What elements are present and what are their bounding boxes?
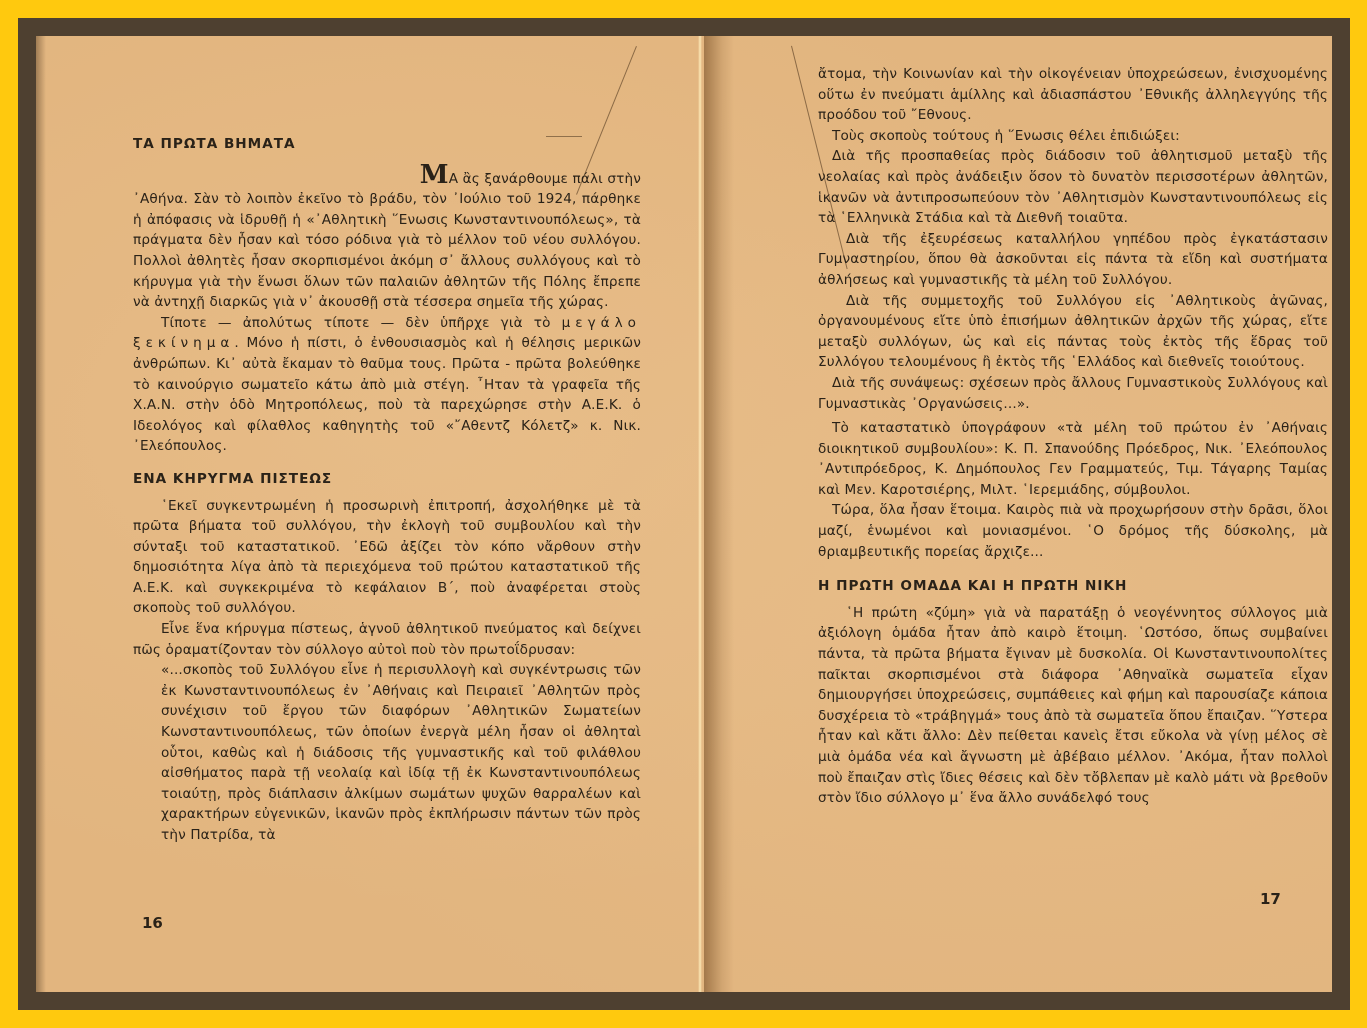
- paragraph: ῾Η πρώτη «ζύμη» γιὰ νὰ παρατάξῃ ὁ νεογέν…: [818, 603, 1328, 809]
- right-page: ἄτομα, τὴν Κοινωνίαν καὶ τὴν οἰκογένειαν…: [708, 36, 1332, 992]
- opening-line: ΜΑ ἂς ξανάρθουμε πάλι στὴν: [133, 165, 641, 190]
- paragraph: Εἶνε ἕνα κήρυγμα πίστεως, ἁγνοῦ ἀθλητικο…: [133, 619, 641, 660]
- page-number: 17: [1260, 890, 1281, 908]
- closing-paragraph: Τώρα, ὅλα ἦσαν ἕτοιμα. Καιρὸς πιὰ νὰ προ…: [818, 500, 1328, 562]
- goals-intro: Τοὺς σκοποὺς τούτους ἡ ῞Ενωσις θέλει ἐπι…: [818, 126, 1328, 147]
- left-page-text: ΤΑ ΠΡΩΤΑ ΒΗΜΑΤΑ ΜΑ ἂς ξανάρθουμε πάλι στ…: [133, 134, 641, 846]
- section-heading-first-team: Η ΠΡΩΤΗ ΟΜΑΔΑ ΚΑΙ Η ΠΡΩΤΗ ΝΙΚΗ: [818, 576, 1328, 597]
- section-heading-sermon-of-faith: ΕΝΑ ΚΗΡΥΓΜΑ ΠΙΣΤΕΩΣ: [133, 469, 641, 490]
- paragraph: ᾿Αθήνα. Σὰν τὸ λοιπὸν ἐκεῖνο τὸ βράδυ, τ…: [133, 189, 641, 313]
- paragraph: Τίποτε — ἀπολύτως τίποτε — δὲν ὑπῆρχε γι…: [133, 313, 641, 457]
- statute-quote: «...σκοπὸς τοῦ Συλλόγου εἶνε ἡ περισυλλο…: [133, 660, 641, 845]
- spine-highlight: [698, 36, 702, 992]
- book-spread: ΤΑ ΠΡΩΤΑ ΒΗΜΑΤΑ ΜΑ ἂς ξανάρθουμε πάλι στ…: [36, 36, 1332, 992]
- paragraph-text: Τίποτε — ἀπολύτως τίποτε — δὲν ὑπῆρχε γι…: [161, 315, 551, 331]
- signatories-paragraph: Τὸ καταστατικὸ ὑπογράφουν «τὰ μέλη τοῦ π…: [818, 418, 1328, 500]
- goal-item: Διὰ τῆς ἐξευρέσεως καταλλήλου γηπέδου πρ…: [818, 229, 1328, 291]
- right-page-text: ἄτομα, τὴν Κοινωνίαν καὶ τὴν οἰκογένειαν…: [818, 64, 1328, 809]
- goal-item: Διὰ τῆς προσπαθείας πρὸς διάδοσιν τοῦ ἀθ…: [818, 146, 1328, 228]
- goal-item: Διὰ τῆς συμμετοχῆς τοῦ Συλλόγου εἰς ᾿Αθλ…: [818, 291, 1328, 373]
- paragraph-text: . Μόνο ἡ πίστι, ὁ ἐνθουσιασμὸς καὶ ἡ θέλ…: [133, 335, 641, 454]
- paragraph: ῾Εκεῖ συγκεντρωμένη ἡ προσωρινὴ ἐπιτροπή…: [133, 496, 641, 620]
- quote-continued: ἄτομα, τὴν Κοινωνίαν καὶ τὴν οἰκογένειαν…: [818, 64, 1328, 126]
- left-page: ΤΑ ΠΡΩΤΑ ΒΗΜΑΤΑ ΜΑ ἂς ξανάρθουμε πάλι στ…: [36, 36, 696, 992]
- goal-item: Διὰ τῆς συνάψεως: σχέσεων πρὸς ἄλλους Γυ…: [818, 373, 1328, 414]
- page-number: 16: [142, 914, 163, 932]
- opening-line-text: Α ἂς ξανάρθουμε πάλι στὴν: [449, 171, 641, 187]
- section-heading-first-steps: ΤΑ ΠΡΩΤΑ ΒΗΜΑΤΑ: [133, 134, 641, 155]
- drop-cap: Μ: [420, 160, 449, 190]
